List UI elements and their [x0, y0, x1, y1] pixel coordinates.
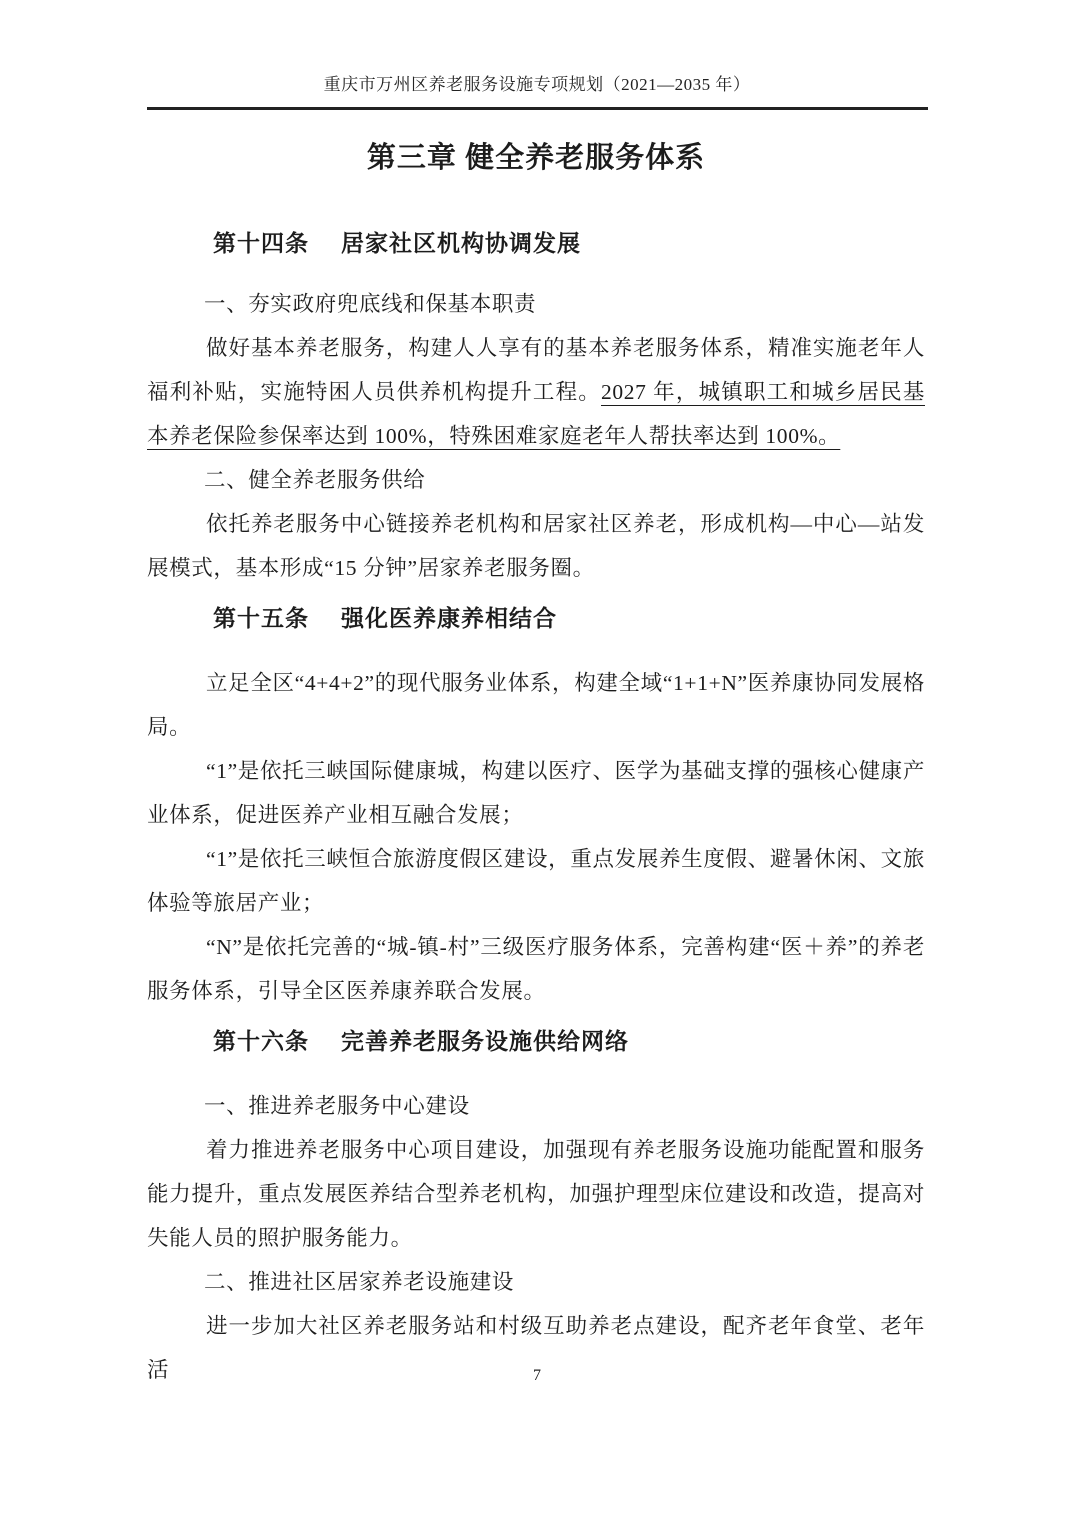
subsection-heading: 一、夯实政府兜底线和保基本职责	[147, 282, 925, 326]
article-16-heading: 第十六条完善养老服务设施供给网络	[147, 1023, 925, 1059]
paragraph: 着力推进养老服务中心项目建设，加强现有养老服务设施功能配置和服务能力提升，重点发…	[147, 1128, 925, 1260]
paragraph: 立足全区“4+4+2”的现代服务业体系，构建全域“1+1+N”医养康协同发展格局…	[147, 661, 925, 749]
article-title: 居家社区机构协调发展	[341, 230, 581, 256]
article-number: 第十六条	[213, 1028, 309, 1054]
page-number: 7	[0, 1366, 1074, 1386]
subsection-heading: 二、健全养老服务供给	[147, 458, 925, 502]
subsection-heading: 二、推进社区居家养老设施建设	[147, 1260, 925, 1304]
running-header: 重庆市万州区养老服务设施专项规划（2021—2035 年）	[0, 74, 1074, 96]
paragraph: “N”是依托完善的“城-镇-村”三级医疗服务体系，完善构建“医＋养”的养老服务体…	[147, 925, 925, 1013]
paragraph: 依托养老服务中心链接养老机构和居家社区养老，形成机构—中心—站发展模式，基本形成…	[147, 502, 925, 590]
paragraph: 做好基本养老服务，构建人人享有的基本养老服务体系，精准实施老年人福利补贴，实施特…	[147, 326, 925, 458]
subsection-heading: 一、推进养老服务中心建设	[147, 1084, 925, 1128]
article-number: 第十四条	[213, 230, 309, 256]
article-15-heading: 第十五条强化医养康养相结合	[147, 600, 925, 636]
paragraph: “1”是依托三峡国际健康城，构建以医疗、医学为基础支撑的强核心健康产业体系，促进…	[147, 749, 925, 837]
document-content: 第三章 健全养老服务体系 第十四条居家社区机构协调发展 一、夯实政府兜底线和保基…	[147, 140, 925, 1392]
paragraph: “1”是依托三峡恒合旅游度假区建设，重点发展养生度假、避暑休闲、文旅体验等旅居产…	[147, 837, 925, 925]
article-14-heading: 第十四条居家社区机构协调发展	[147, 225, 925, 261]
header-rule	[147, 107, 928, 110]
article-title: 强化医养康养相结合	[341, 605, 557, 631]
document-page: 重庆市万州区养老服务设施专项规划（2021—2035 年） 第三章 健全养老服务…	[0, 0, 1074, 1520]
article-title: 完善养老服务设施供给网络	[341, 1028, 629, 1054]
chapter-title: 第三章 健全养老服务体系	[147, 140, 925, 176]
article-number: 第十五条	[213, 605, 309, 631]
